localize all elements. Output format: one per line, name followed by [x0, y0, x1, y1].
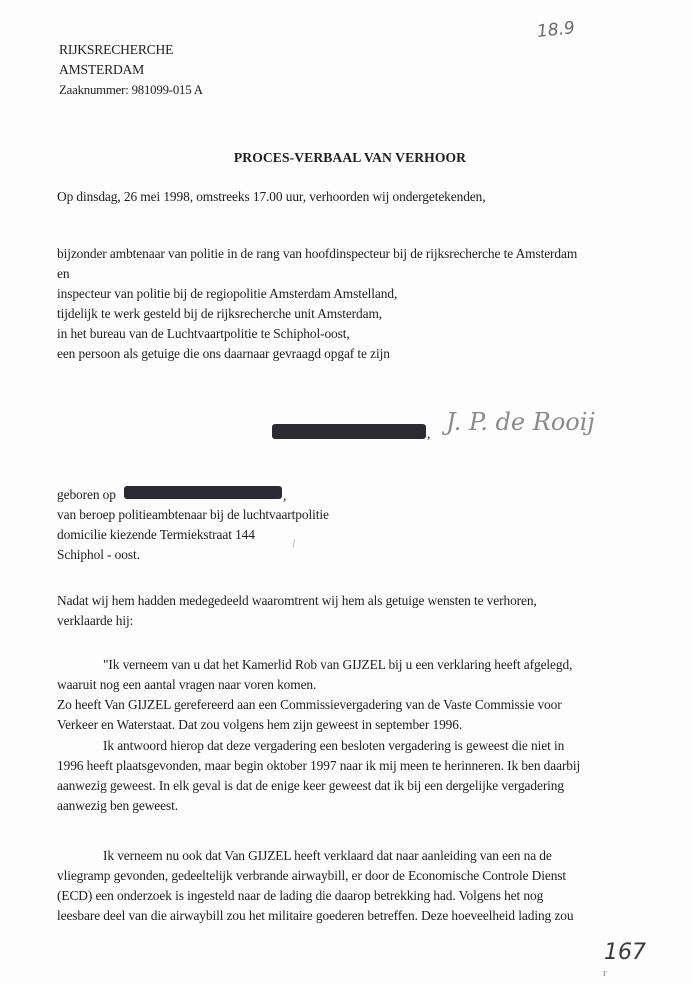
redacted-name — [272, 424, 426, 439]
handwritten-page-number: 167 — [604, 940, 646, 965]
statement-p2-line-2: 1996 heeft plaatsgevonden, maar begin ok… — [57, 758, 580, 774]
statement-p3-line-2: vliegramp gevonden, gedeeltelijk verbran… — [57, 868, 566, 884]
officer-line-6: een persoon als getuige die ons daarnaar… — [57, 346, 390, 362]
statement-p2-line-3: aanwezig geweest. In elk geval is dat de… — [57, 778, 564, 794]
organization-name: RIJKSRECHERCHE — [59, 42, 173, 58]
witness-profession: van beroep politieambtenaar bij de lucht… — [57, 507, 329, 523]
organization-city: AMSTERDAM — [59, 62, 144, 78]
officer-line-2: en — [57, 266, 69, 282]
name-comma: , — [427, 426, 430, 442]
document-title: PROCES-VERBAAL VAN VERHOOR — [0, 150, 692, 166]
handwritten-signature: J. P. de Rooij — [446, 408, 595, 436]
statement-p2-first: Ik antwoord hierop dat deze vergadering … — [103, 738, 564, 754]
case-number: Zaaknummer: 981099-015 A — [59, 82, 203, 98]
intro-line-1: Nadat wij hem hadden medegedeeld waaromt… — [57, 593, 537, 609]
statement-p3-first: Ik verneem nu ook dat Van GIJZEL heeft v… — [103, 848, 552, 864]
statement-p1-line-4: Verkeer en Waterstaat. Dat zou volgens h… — [57, 717, 462, 733]
officer-line-4: tijdelijk te werk gesteld bij de rijksre… — [57, 306, 382, 322]
born-label: geboren op — [57, 487, 116, 503]
document-page: RIJKSRECHERCHE AMSTERDAM Zaaknummer: 981… — [0, 0, 692, 984]
redacted-birthdate — [124, 486, 282, 499]
intro-line-2: verklaarde hij: — [57, 613, 133, 629]
statement-p3-line-3: (ECD) een onderzoek is ingesteld naar de… — [57, 888, 543, 904]
born-suffix: , — [283, 488, 286, 504]
statement-p2-line-4: aanwezig ben geweest. — [57, 798, 178, 814]
statement-p1-line-3: Zo heeft Van GIJZEL gerefereerd aan een … — [57, 697, 562, 713]
opening-line: Op dinsdag, 26 mei 1998, omstreeks 17.00… — [57, 189, 485, 205]
witness-domicile: domicilie kiezende Termiekstraat 144 — [57, 527, 255, 543]
statement-p1-first: "Ik verneem van u dat het Kamerlid Rob v… — [103, 657, 572, 673]
stray-mark-bottom: r — [603, 967, 607, 979]
handwritten-annotation-top: 18.9 — [536, 18, 576, 42]
officer-line-3: inspecteur van politie bij de regiopolit… — [57, 286, 397, 302]
officer-line-1: bijzonder ambtenaar van politie in de ra… — [57, 246, 577, 262]
officer-line-5: in het bureau van de Luchtvaartpolitie t… — [57, 326, 350, 342]
stray-mark: \ — [289, 538, 298, 550]
witness-location: Schiphol - oost. — [57, 547, 140, 563]
statement-p3-line-4: leesbare deel van die airwaybill zou het… — [57, 908, 573, 924]
statement-p1-line-2: waaruit nog een aantal vragen naar voren… — [57, 677, 316, 693]
